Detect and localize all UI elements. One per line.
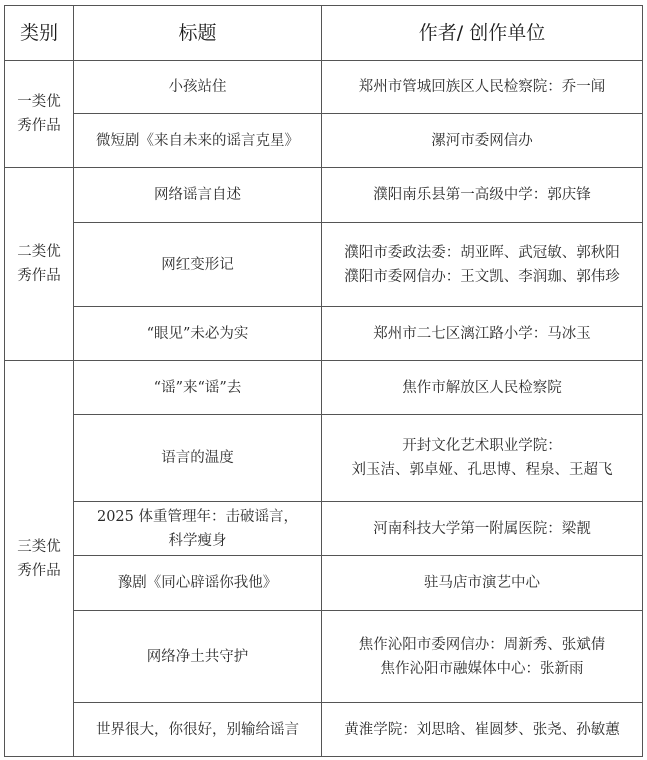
- table-row: 2025 体重管理年：击破谣言， 科学瘦身 河南科技大学第一附属医院：梁靓: [5, 502, 643, 556]
- title-line: “眼见”未必为实: [78, 322, 317, 346]
- category-line: 三类优: [9, 535, 69, 559]
- table-row: 豫剧《同心辟谣你我他》 驻马店市演艺中心: [5, 556, 643, 611]
- author-cell: 濮阳南乐县第一高级中学：郭庆锋: [322, 168, 643, 223]
- author-line: 濮阳市委网信办：王文凯、李润珈、郭伟珍: [326, 265, 638, 289]
- table-row: 世界很大，你很好，别输给谣言 黄淮学院：刘思晗、崔圆梦、张尧、孙敏蕙: [5, 703, 643, 757]
- author-line: 郑州市管城回族区人民检察院：乔一闻: [326, 75, 638, 99]
- title-cell: “眼见”未必为实: [74, 307, 322, 361]
- awards-table: 类别 标题 作者/ 创作单位 一类优 秀作品 小孩站住 郑州市管城回族区人民检察…: [4, 5, 643, 757]
- title-cell: 网络净土共守护: [74, 611, 322, 703]
- author-cell: 驻马店市演艺中心: [322, 556, 643, 611]
- category-line: 秀作品: [9, 114, 69, 138]
- table-row: 网红变形记 濮阳市委政法委：胡亚晖、武冠敏、郭秋阳 濮阳市委网信办：王文凯、李润…: [5, 223, 643, 307]
- title-cell: 语言的温度: [74, 415, 322, 502]
- author-line: 焦作沁阳市融媒体中心：张新雨: [326, 657, 638, 681]
- author-cell: 焦作沁阳市委网信办：周新秀、张斌倩 焦作沁阳市融媒体中心：张新雨: [322, 611, 643, 703]
- table-row: 三类优 秀作品 “谣”来“谣”去 焦作市解放区人民检察院: [5, 361, 643, 415]
- title-cell: 网络谣言自述: [74, 168, 322, 223]
- title-line: 小孩站住: [78, 75, 317, 99]
- author-line: 濮阳南乐县第一高级中学：郭庆锋: [326, 183, 638, 207]
- title-line: 网络谣言自述: [78, 183, 317, 207]
- author-line: 漯河市委网信办: [326, 129, 638, 153]
- author-line: 黄淮学院：刘思晗、崔圆梦、张尧、孙敏蕙: [326, 718, 638, 742]
- author-line: 郑州市二七区漓江路小学：马冰玉: [326, 322, 638, 346]
- header-row: 类别 标题 作者/ 创作单位: [5, 6, 643, 61]
- table-row: 网络净土共守护 焦作沁阳市委网信办：周新秀、张斌倩 焦作沁阳市融媒体中心：张新雨: [5, 611, 643, 703]
- title-line: 2025 体重管理年：击破谣言，: [78, 505, 317, 529]
- author-cell: 开封文化艺术职业学院： 刘玉洁、郭卓娅、孔思博、程泉、王超飞: [322, 415, 643, 502]
- category-line: 二类优: [9, 240, 69, 264]
- author-cell: 郑州市管城回族区人民检察院：乔一闻: [322, 61, 643, 114]
- title-cell: “谣”来“谣”去: [74, 361, 322, 415]
- title-line: 语言的温度: [78, 446, 317, 470]
- author-cell: 河南科技大学第一附属医院：梁靓: [322, 502, 643, 556]
- title-cell: 2025 体重管理年：击破谣言， 科学瘦身: [74, 502, 322, 556]
- author-line: 驻马店市演艺中心: [326, 571, 638, 595]
- author-cell: 濮阳市委政法委：胡亚晖、武冠敏、郭秋阳 濮阳市委网信办：王文凯、李润珈、郭伟珍: [322, 223, 643, 307]
- header-category: 类别: [5, 6, 74, 61]
- title-cell: 网红变形记: [74, 223, 322, 307]
- category-cell-tier-3: 三类优 秀作品: [5, 361, 74, 757]
- title-cell: 豫剧《同心辟谣你我他》: [74, 556, 322, 611]
- author-line: 濮阳市委政法委：胡亚晖、武冠敏、郭秋阳: [326, 241, 638, 265]
- category-line: 秀作品: [9, 559, 69, 583]
- table-row: 二类优 秀作品 网络谣言自述 濮阳南乐县第一高级中学：郭庆锋: [5, 168, 643, 223]
- title-line: “谣”来“谣”去: [78, 376, 317, 400]
- table-row: “眼见”未必为实 郑州市二七区漓江路小学：马冰玉: [5, 307, 643, 361]
- title-line: 网络净土共守护: [78, 645, 317, 669]
- author-line: 河南科技大学第一附属医院：梁靓: [326, 517, 638, 541]
- title-line: 微短剧《来自未来的谣言克星》: [78, 129, 317, 153]
- title-cell: 世界很大，你很好，别输给谣言: [74, 703, 322, 757]
- title-line: 豫剧《同心辟谣你我他》: [78, 571, 317, 595]
- category-line: 一类优: [9, 90, 69, 114]
- title-line: 科学瘦身: [78, 529, 317, 553]
- table-row: 微短剧《来自未来的谣言克星》 漯河市委网信办: [5, 114, 643, 168]
- category-cell-tier-1: 一类优 秀作品: [5, 61, 74, 168]
- author-cell: 郑州市二七区漓江路小学：马冰玉: [322, 307, 643, 361]
- title-cell: 小孩站住: [74, 61, 322, 114]
- title-cell: 微短剧《来自未来的谣言克星》: [74, 114, 322, 168]
- table-row: 语言的温度 开封文化艺术职业学院： 刘玉洁、郭卓娅、孔思博、程泉、王超飞: [5, 415, 643, 502]
- category-line: 秀作品: [9, 264, 69, 288]
- author-line: 焦作沁阳市委网信办：周新秀、张斌倩: [326, 633, 638, 657]
- author-line: 刘玉洁、郭卓娅、孔思博、程泉、王超飞: [326, 458, 638, 482]
- header-title: 标题: [74, 6, 322, 61]
- title-line: 网红变形记: [78, 253, 317, 277]
- author-line: 焦作市解放区人民检察院: [326, 376, 638, 400]
- header-author: 作者/ 创作单位: [322, 6, 643, 61]
- author-cell: 焦作市解放区人民检察院: [322, 361, 643, 415]
- table-row: 一类优 秀作品 小孩站住 郑州市管城回族区人民检察院：乔一闻: [5, 61, 643, 114]
- title-line: 世界很大，你很好，别输给谣言: [78, 718, 317, 742]
- category-cell-tier-2: 二类优 秀作品: [5, 168, 74, 361]
- author-line: 开封文化艺术职业学院：: [326, 434, 638, 458]
- author-cell: 黄淮学院：刘思晗、崔圆梦、张尧、孙敏蕙: [322, 703, 643, 757]
- author-cell: 漯河市委网信办: [322, 114, 643, 168]
